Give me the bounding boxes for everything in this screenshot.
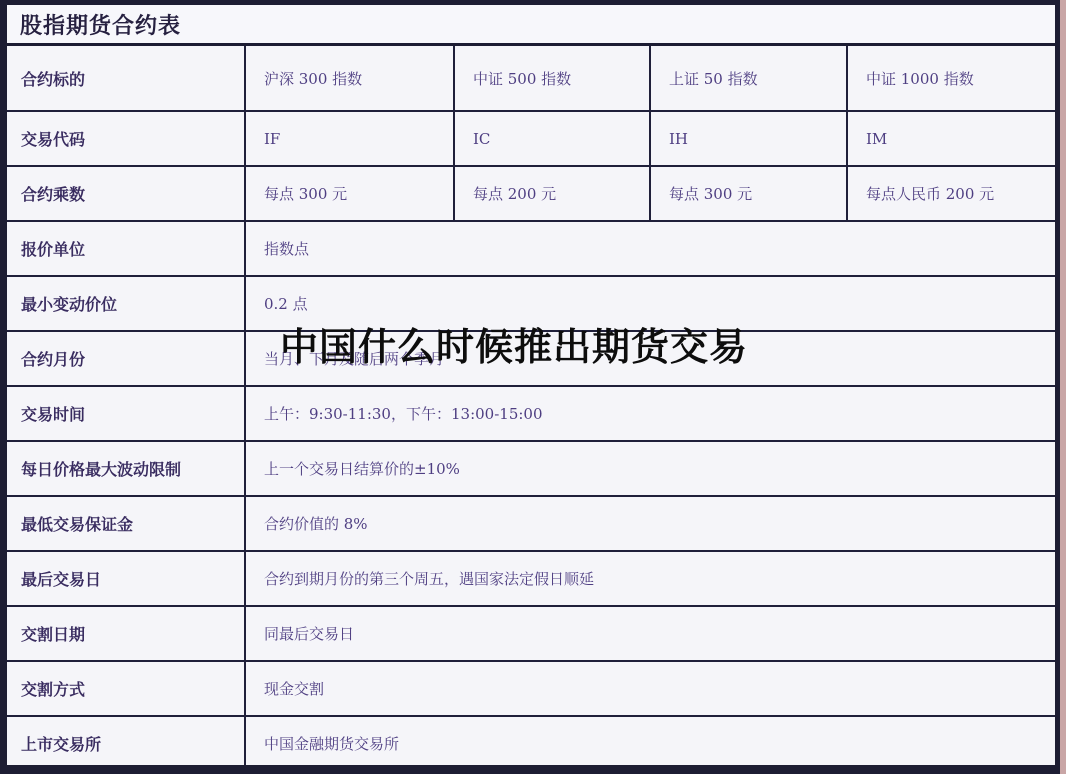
cell-value: IC [455, 112, 651, 167]
cell-value: 每点 300 元 [651, 167, 848, 222]
table-row: 交割方式现金交割 [7, 662, 1055, 717]
cell-value: 0.2 点 [246, 277, 1055, 332]
row-label: 合约乘数 [7, 167, 246, 222]
table-frame: 股指期货合约表 合约标的沪深 300 指数中证 500 指数上证 50 指数中证… [0, 0, 1060, 774]
table-row: 合约月份当月、下月及随后两个季月 [7, 332, 1055, 387]
cell-value: 同最后交易日 [246, 607, 1055, 662]
cell-value: 上午：9:30-11:30，下午：13:00-15:00 [246, 387, 1055, 442]
table-row: 交易时间上午：9:30-11:30，下午：13:00-15:00 [7, 387, 1055, 442]
row-label: 合约标的 [7, 46, 246, 112]
contract-table: 合约标的沪深 300 指数中证 500 指数上证 50 指数中证 1000 指数… [7, 46, 1055, 765]
cell-value: 中证 500 指数 [455, 46, 651, 112]
cell-value: IH [651, 112, 848, 167]
row-label: 报价单位 [7, 222, 246, 277]
row-label: 交易时间 [7, 387, 246, 442]
table-inner: 股指期货合约表 合约标的沪深 300 指数中证 500 指数上证 50 指数中证… [7, 5, 1055, 765]
row-label: 最低交易保证金 [7, 497, 246, 552]
cell-value: 上证 50 指数 [651, 46, 848, 112]
cell-value: 每点 300 元 [246, 167, 455, 222]
row-label: 交易代码 [7, 112, 246, 167]
row-label: 交割日期 [7, 607, 246, 662]
cell-value: 中证 1000 指数 [848, 46, 1055, 112]
cell-value: 现金交割 [246, 662, 1055, 717]
table-row: 报价单位指数点 [7, 222, 1055, 277]
row-label: 上市交易所 [7, 717, 246, 765]
screenshot-stage: 股指期货合约表 合约标的沪深 300 指数中证 500 指数上证 50 指数中证… [0, 0, 1066, 774]
cell-value: 每点 200 元 [455, 167, 651, 222]
row-label: 每日价格最大波动限制 [7, 442, 246, 497]
cell-value: 指数点 [246, 222, 1055, 277]
cell-value: 上一个交易日结算价的±10% [246, 442, 1055, 497]
row-label: 合约月份 [7, 332, 246, 387]
cell-value: 合约价值的 8% [246, 497, 1055, 552]
cell-value: IM [848, 112, 1055, 167]
table-row: 最低交易保证金合约价值的 8% [7, 497, 1055, 552]
cell-value: IF [246, 112, 455, 167]
table-title: 股指期货合约表 [20, 9, 181, 40]
cell-value: 沪深 300 指数 [246, 46, 455, 112]
table-row: 最小变动价位0.2 点 [7, 277, 1055, 332]
table-row: 交易代码IFICIHIM [7, 112, 1055, 167]
cell-value: 合约到期月份的第三个周五，遇国家法定假日顺延 [246, 552, 1055, 607]
row-label: 最小变动价位 [7, 277, 246, 332]
cell-value: 当月、下月及随后两个季月 [246, 332, 1055, 387]
row-label: 最后交易日 [7, 552, 246, 607]
table-title-bar: 股指期货合约表 [7, 5, 1055, 46]
table-row: 每日价格最大波动限制上一个交易日结算价的±10% [7, 442, 1055, 497]
table-row: 合约乘数每点 300 元每点 200 元每点 300 元每点人民币 200 元 [7, 167, 1055, 222]
table-row: 最后交易日合约到期月份的第三个周五，遇国家法定假日顺延 [7, 552, 1055, 607]
table-row: 合约标的沪深 300 指数中证 500 指数上证 50 指数中证 1000 指数 [7, 46, 1055, 112]
row-label: 交割方式 [7, 662, 246, 717]
cell-value: 每点人民币 200 元 [848, 167, 1055, 222]
table-row: 上市交易所中国金融期货交易所 [7, 717, 1055, 765]
cell-value: 中国金融期货交易所 [246, 717, 1055, 765]
table-row: 交割日期同最后交易日 [7, 607, 1055, 662]
